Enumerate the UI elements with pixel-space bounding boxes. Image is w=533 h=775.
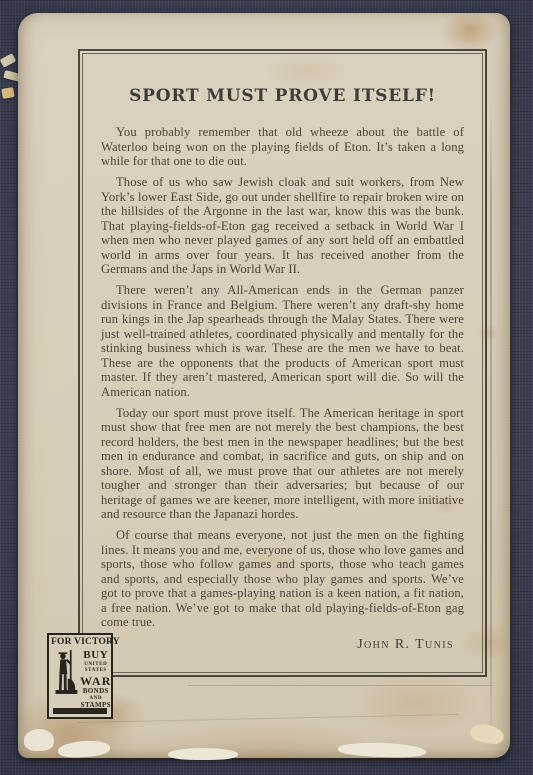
stamp-header-text: FOR VICTORY	[51, 637, 109, 647]
edge-wear-chip	[58, 739, 111, 759]
minuteman-statue-icon	[52, 648, 80, 709]
stamp-body: BUY UNITED STATES WAR BONDS AND STAMPS	[51, 648, 109, 710]
stamp-line-buy: BUY	[83, 650, 108, 661]
war-bonds-stamp: FOR VICTORY	[47, 633, 113, 719]
stamp-line-bonds: BONDS	[83, 688, 109, 695]
torn-jacket-scrap	[1, 87, 15, 99]
paper-crease	[490, 103, 492, 743]
author-signature: John R. Tunis	[101, 637, 464, 653]
blurb-text-block: SPORT MUST PROVE ITSELF! You probably re…	[83, 54, 482, 672]
edge-wear-chip	[24, 729, 54, 751]
stamp-line-united: UNITED	[84, 662, 107, 667]
statue-pedestal-bar	[53, 708, 107, 714]
blurb-paragraph: You probably remember that old wheeze ab…	[101, 125, 464, 169]
dust-jacket-back-panel: SPORT MUST PROVE ITSELF! You probably re…	[18, 13, 510, 758]
edge-wear-chip	[338, 741, 426, 758]
blurb-paragraph: Today our sport must prove itself. The A…	[101, 406, 464, 522]
border-frame: SPORT MUST PROVE ITSELF! You probably re…	[78, 49, 487, 677]
edge-wear-chip	[469, 722, 506, 747]
stamp-line-war: WAR	[80, 675, 112, 687]
border-frame-inner-rule: SPORT MUST PROVE ITSELF! You probably re…	[82, 53, 483, 673]
stamp-line-states: STATES	[85, 668, 107, 673]
paper-crease	[78, 714, 458, 723]
edge-wear-chip	[168, 748, 238, 760]
blurb-paragraph: There weren’t any All-American ends in t…	[101, 283, 464, 399]
blurb-paragraph: Those of us who saw Jewish cloak and sui…	[101, 175, 464, 277]
stamp-slogan-lines: BUY UNITED STATES WAR BONDS AND STAMPS	[80, 650, 112, 710]
page-title: SPORT MUST PROVE ITSELF!	[101, 86, 464, 106]
paper-crease	[188, 685, 493, 686]
blurb-paragraph: Of course that means everyone, not just …	[101, 528, 464, 630]
